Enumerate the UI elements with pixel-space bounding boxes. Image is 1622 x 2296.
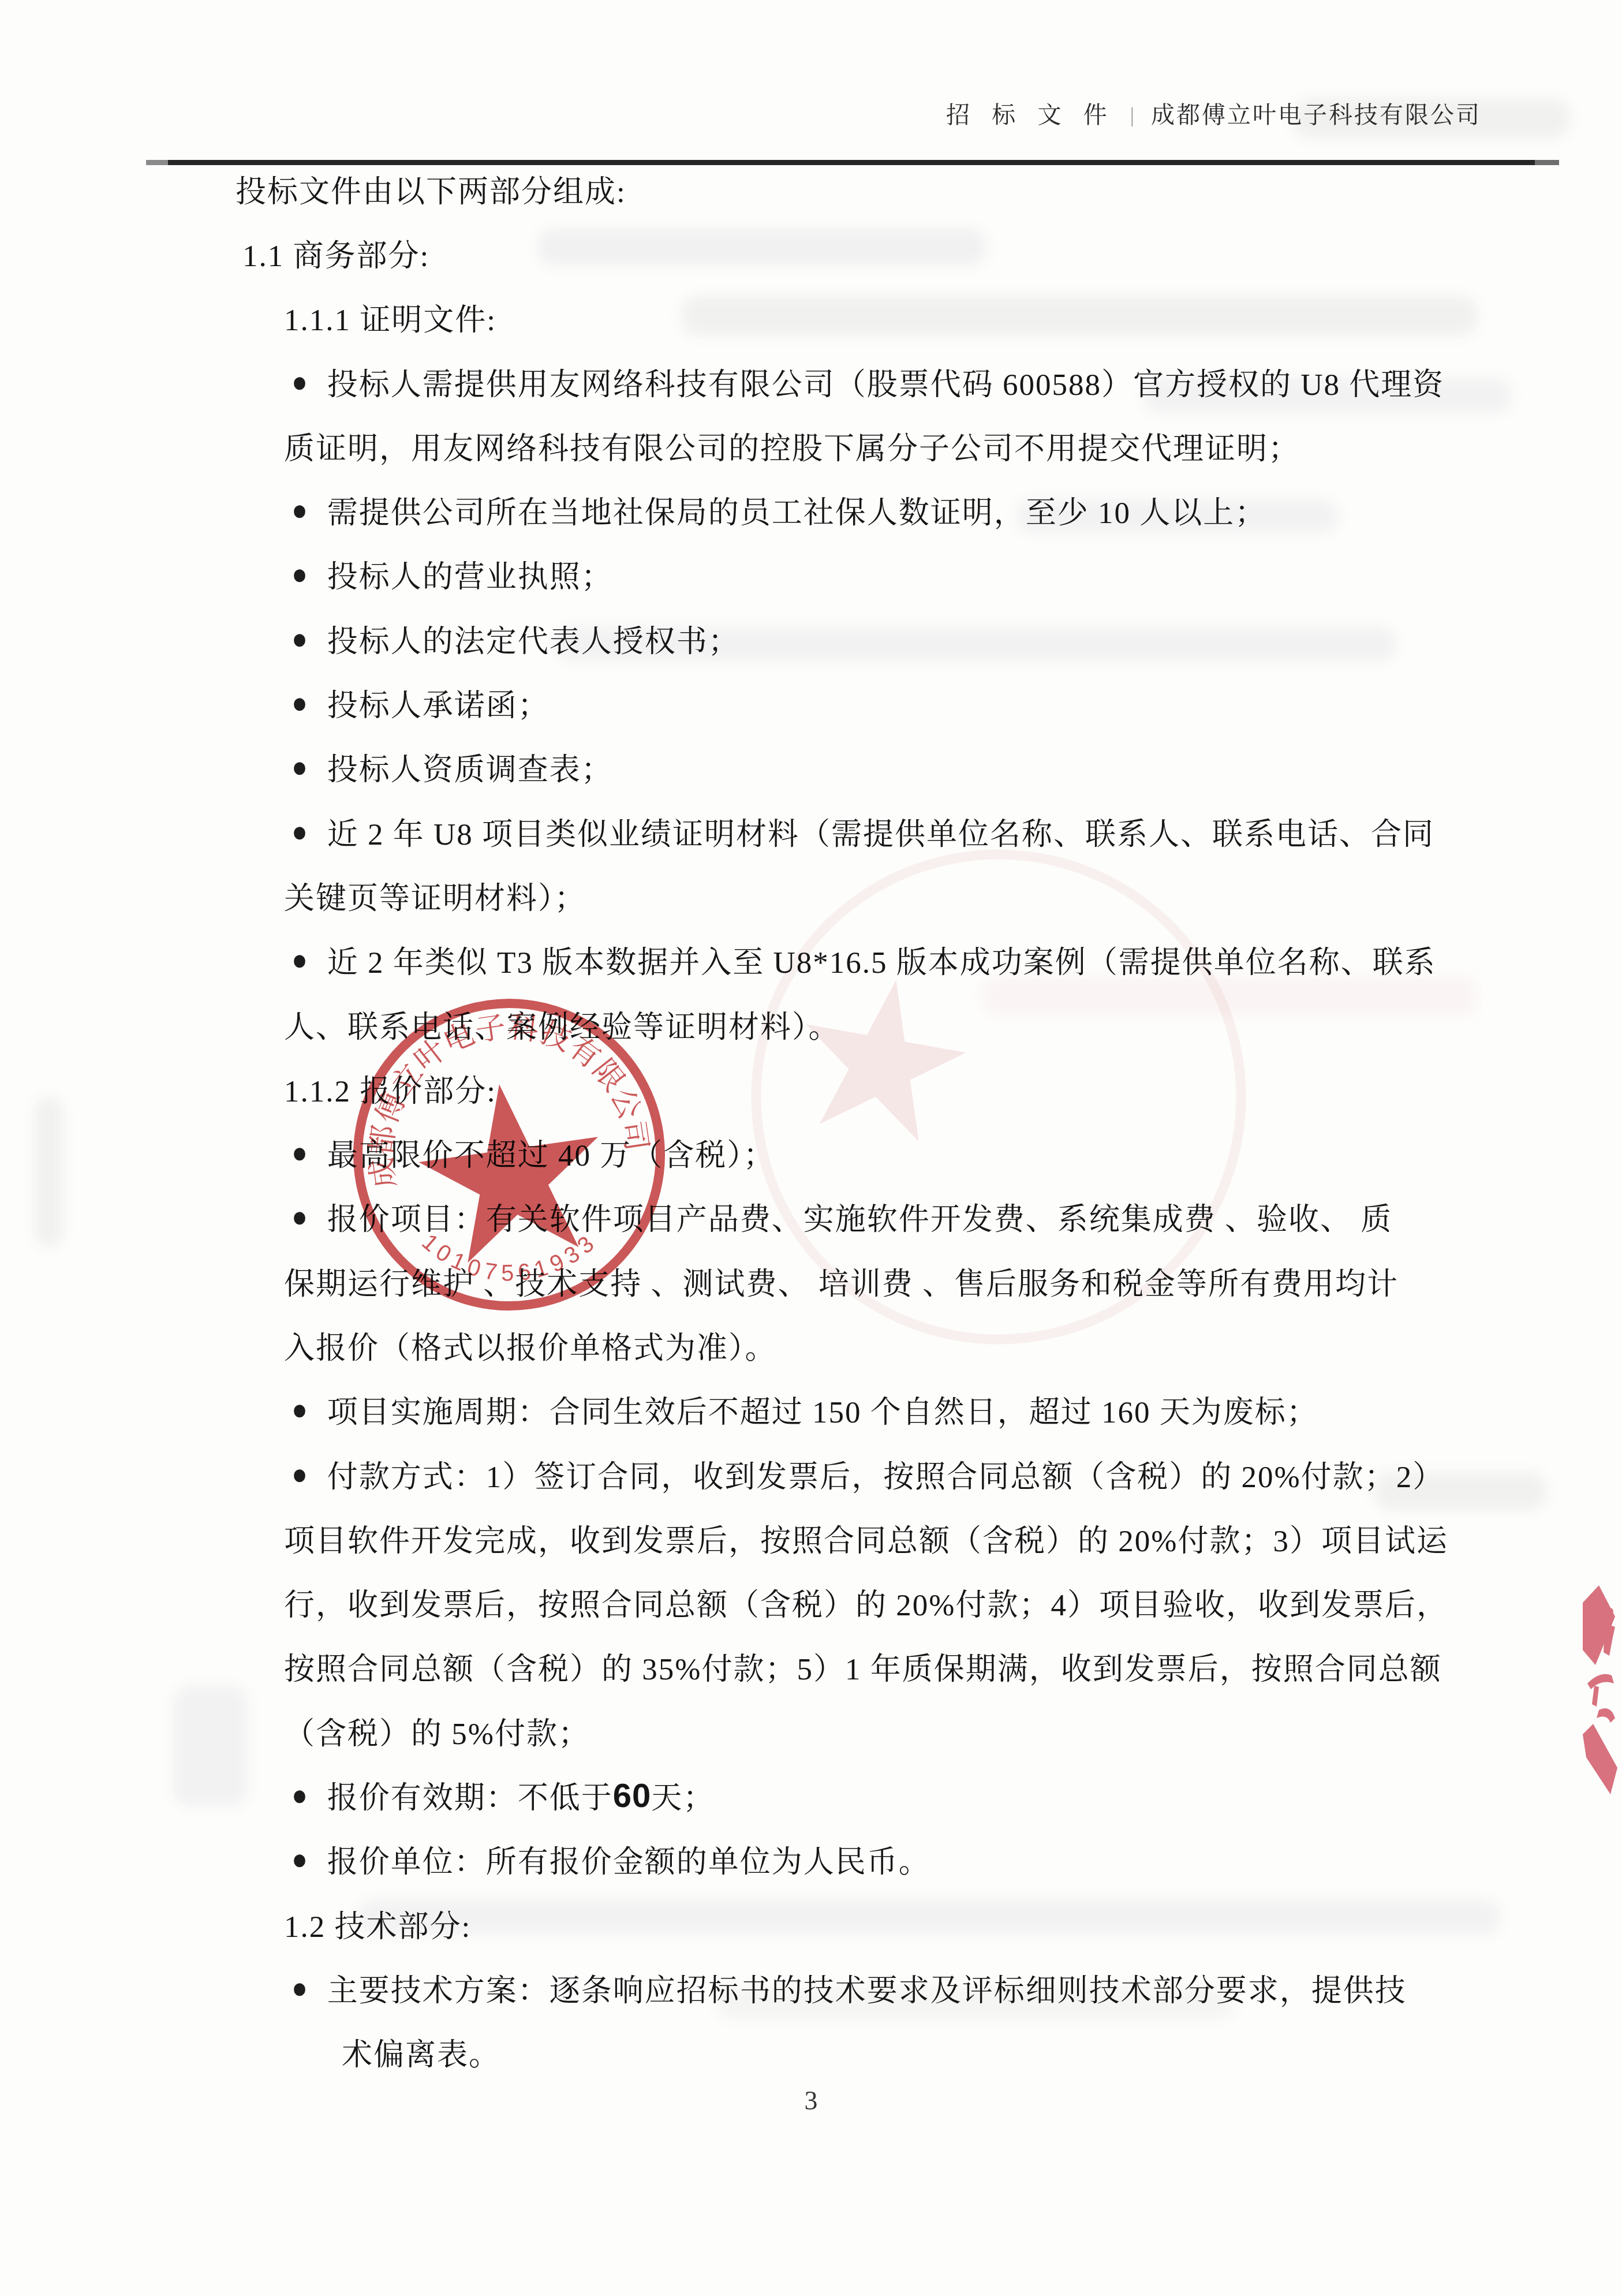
scan-artifact xyxy=(1374,1472,1547,1510)
bullet-item: ●最高限价不超过 40 万（含税）； xyxy=(0,1121,1622,1185)
bullet-continuation: 行，收到发票后，按照合同总额（含税）的 20%付款；4）项目验收，收到发票后， xyxy=(0,1571,1622,1635)
bullet-continuation: 关键页等证明材料）； xyxy=(0,864,1622,928)
bullet-icon: ● xyxy=(291,367,309,397)
bullet-icon: ● xyxy=(291,1780,309,1810)
bullet-continuation: 保期运行维护 、技术支持 、测试费、 培训费 、售后服务和税金等所有费用均计 xyxy=(0,1249,1622,1313)
bullet-item: ●投标人资质调查表； xyxy=(0,736,1622,800)
bullet-continuation: 术偏离表。 xyxy=(0,2021,1622,2085)
bullet-icon: ● xyxy=(291,688,309,718)
bullet-continuation: 项目软件开发完成，收到发票后，按照合同总额（含税）的 20%付款；3）项目试运 xyxy=(0,1506,1622,1570)
bullet-item: ●近 2 年 U8 项目类似业绩证明材料（需提供单位名称、联系人、联系电话、合同 xyxy=(0,800,1622,864)
bullet-item: ●项目实施周期：合同生效后不超过 150 个自然日，超过 160 天为废标； xyxy=(0,1378,1622,1442)
bullet-icon: ● xyxy=(291,753,309,783)
scan-artifact xyxy=(1293,98,1570,139)
bullet-item: ●需提供公司所在当地社保局的员工社保人数证明，至少 10 人以上； xyxy=(0,478,1622,542)
scan-artifact xyxy=(981,976,1478,1016)
intro-line: 投标文件由以下两部分组成: xyxy=(0,157,1622,221)
bullet-icon: ● xyxy=(291,1395,309,1425)
bullet-item: ●投标人承诺函； xyxy=(0,671,1622,735)
scan-artifact xyxy=(681,296,1478,336)
scanned-document-page: { "header": { "doc_type": "招 标 文 件", "di… xyxy=(0,0,1622,2296)
bullet-continuation: 质证明，用友网络科技有限公司的控股下属分子公司不用提交代理证明； xyxy=(0,414,1622,478)
bullet-item: ●投标人的营业执照； xyxy=(0,543,1622,607)
scan-artifact xyxy=(35,1097,63,1247)
quote-validity-suffix: 天； xyxy=(651,1774,715,1817)
bullet-icon: ● xyxy=(291,1459,309,1489)
bullet-continuation: 入报价（格式以报价单格式为准）。 xyxy=(0,1313,1622,1377)
scan-artifact xyxy=(537,229,987,266)
header-doc-type: 招 标 文 件 xyxy=(946,96,1115,130)
scan-artifact xyxy=(1016,499,1339,533)
quote-validity-prefix: 报价有效期：不低于 xyxy=(327,1774,613,1817)
bullet-icon: ● xyxy=(291,1973,309,2003)
bullet-icon: ● xyxy=(291,1138,309,1168)
bullet-icon: ● xyxy=(291,495,309,525)
bullet-icon: ● xyxy=(291,945,309,975)
page-number: 3 xyxy=(0,2085,1622,2116)
scan-artifact xyxy=(173,1686,248,1807)
bullet-icon: ● xyxy=(291,817,309,847)
section-heading-1-1-2: 1.1.2 报价部分: xyxy=(0,1056,1622,1121)
bullet-icon: ● xyxy=(291,624,309,654)
scan-artifact xyxy=(716,1986,1235,2019)
bullet-item: ●报价项目：有关软件项目产品费、实施软件开发费、系统集成费 、验收、 质 xyxy=(0,1185,1622,1249)
bullet-icon: ● xyxy=(291,1203,309,1233)
scan-artifact xyxy=(1143,378,1512,413)
scan-artifact xyxy=(554,626,1397,661)
header-divider: | xyxy=(1130,103,1136,127)
bullet-item: ●报价单位：所有报价金额的单位为人民币。 xyxy=(0,1828,1622,1892)
bullet-continuation: 按照合同总额（含税）的 35%付款；5）1 年质保期满，收到发票后，按照合同总额 xyxy=(0,1635,1622,1699)
bullet-icon: ● xyxy=(291,560,309,590)
quote-validity-days: 60 xyxy=(613,1776,652,1815)
scan-artifact xyxy=(358,1899,1501,1935)
bullet-icon: ● xyxy=(291,1845,309,1875)
